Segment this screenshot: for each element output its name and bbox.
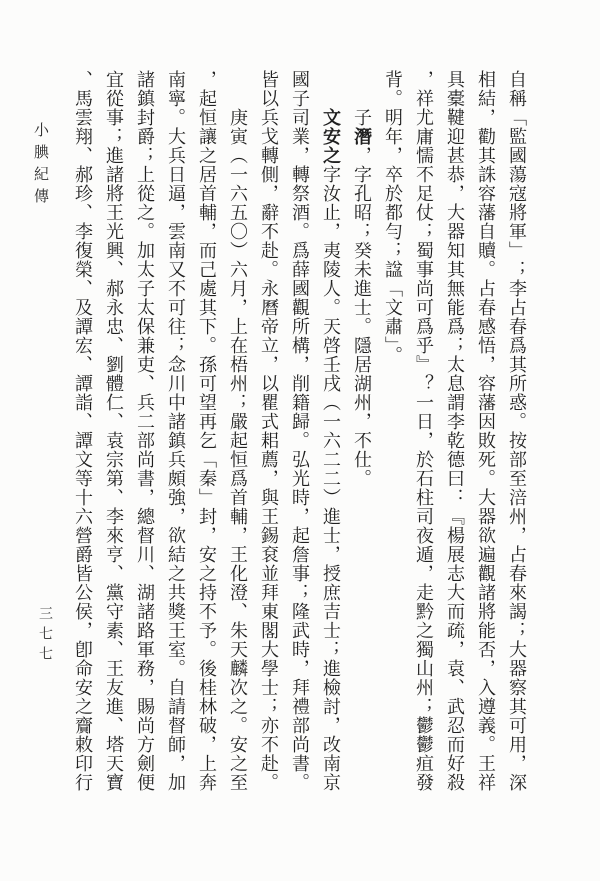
text-column: ，起恒讓之居首輔，而己處其下。孫可望再乞「秦」封，安之持不予。後桂林破，上奔 (191, 70, 222, 796)
text-column: 諸鎮封爵；上從之。加太子太保兼吏、兵二部尚書，總督川、湖諸路軍務，賜尚方劍便 (129, 70, 160, 796)
text-run: 、馬雲翔、郝珍、李復榮、及譚宏、譚詣、譚文等十六營爵皆公侯，卽命安之齎敕印行 (73, 70, 93, 792)
emphasized-name: 文安之 (321, 108, 341, 165)
margin-title: 小腆紀傳 (30, 122, 51, 210)
text-run: 自稱「監國蕩寇將軍」；李占春爲其所惑。按部至涪州，占春來謁；大器察其可用，深 (507, 70, 527, 792)
text-run: 宜從事；進諸將王光興、郝永忠、劉體仁、袁宗第、李來亨、黨守素、王友進、塔天寶 (104, 70, 124, 792)
page-number: 三七七 (34, 606, 54, 666)
text-column: 國子司業，轉祭酒。爲薛國觀所構，削籍歸。弘光時，起詹事；隆武時，拜禮部尚書。 (284, 70, 315, 796)
text-run: 具橐鞬迎甚恭，大器知其無能爲；太息謂李乾德曰：『楊展志大而疏，袁、武忍而好殺 (445, 70, 465, 792)
text-run: 南寧。大兵日逼，雲南又不可往；念川中諸鎮兵頗強，欲結之共獎王室。自請督師，加 (166, 70, 186, 792)
text-column: 子潛，字孔昭；癸未進士。隱居湖州，不仕。 (346, 70, 377, 796)
text-block: 自稱「監國蕩寇將軍」；李占春爲其所惑。按部至涪州，占春來謁；大器察其可用，深相結… (67, 70, 532, 796)
text-run: 諸鎮封爵；上從之。加太子太保兼吏、兵二部尚書，總督川、湖諸路軍務，賜尚方劍便 (135, 70, 155, 792)
text-run: ，祥尤庸懦不足仗；蜀事尚可爲乎』？一日，於石柱司夜遁，走黔之獨山州；鬱鬱疽發 (414, 70, 434, 792)
text-run: 皆以兵戈轉側，辭不赴。永曆帝立，以瞿式耜薦，與王錫袞並拜東閣大學士；亦不赴。 (259, 70, 279, 792)
text-run: ，起恒讓之居首輔，而己處其下。孫可望再乞「秦」封，安之持不予。後桂林破，上奔 (197, 70, 217, 792)
text-column: 背。明年，卒於都勻；諡「文肅」。 (377, 70, 408, 796)
text-column: 自稱「監國蕩寇將軍」；李占春爲其所惑。按部至涪州，占春來謁；大器察其可用，深 (501, 70, 532, 796)
text-column: 宜從事；進諸將王光興、郝永忠、劉體仁、袁宗第、李來亨、黨守素、王友進、塔天寶 (98, 70, 129, 796)
text-column: 文安之字汝止，夷陵人。天啓壬戌（一六二二）進士，授庶吉士；進檢討，改南京 (315, 70, 346, 796)
text-run: ，字孔昭；癸未進士。隱居湖州，不仕。 (352, 146, 372, 488)
text-column: ，祥尤庸懦不足仗；蜀事尚可爲乎』？一日，於石柱司夜遁，走黔之獨山州；鬱鬱疽發 (408, 70, 439, 796)
text-column: 庚寅（一六五〇）六月，上在梧州；嚴起恒爲首輔，王化澄、朱天麟次之。安之至 (222, 70, 253, 796)
text-column: 南寧。大兵日逼，雲南又不可往；念川中諸鎮兵頗強，欲結之共獎王室。自請督師，加 (160, 70, 191, 796)
text-run: 相結，勸其誅容藩自贖。占春感悟，容藩因敗死。大器欲遍觀諸將能否，入遵義。王祥 (476, 70, 496, 792)
book-page: 小腆紀傳 自稱「監國蕩寇將軍」；李占春爲其所惑。按部至涪州，占春來謁；大器察其可… (0, 0, 600, 881)
text-run: 庚寅（一六五〇）六月，上在梧州；嚴起恒爲首輔，王化澄、朱天麟次之。安之至 (228, 108, 248, 792)
text-run: 國子司業，轉祭酒。爲薛國觀所構，削籍歸。弘光時，起詹事；隆武時，拜禮部尚書。 (290, 70, 310, 792)
text-run: 字汝止，夷陵人。天啓壬戌（一六二二）進士，授庶吉士；進檢討，改南京 (321, 165, 341, 792)
text-run: 子 (352, 108, 372, 127)
text-column: 皆以兵戈轉側，辭不赴。永曆帝立，以瞿式耜薦，與王錫袞並拜東閣大學士；亦不赴。 (253, 70, 284, 796)
emphasized-name: 潛 (352, 127, 372, 146)
text-run: 背。明年，卒於都勻；諡「文肅」。 (383, 70, 403, 365)
text-column: 具橐鞬迎甚恭，大器知其無能爲；太息謂李乾德曰：『楊展志大而疏，袁、武忍而好殺 (439, 70, 470, 796)
text-column: 相結，勸其誅容藩自贖。占春感悟，容藩因敗死。大器欲遍觀諸將能否，入遵義。王祥 (470, 70, 501, 796)
text-column: 、馬雲翔、郝珍、李復榮、及譚宏、譚詣、譚文等十六營爵皆公侯，卽命安之齎敕印行 (67, 70, 98, 796)
